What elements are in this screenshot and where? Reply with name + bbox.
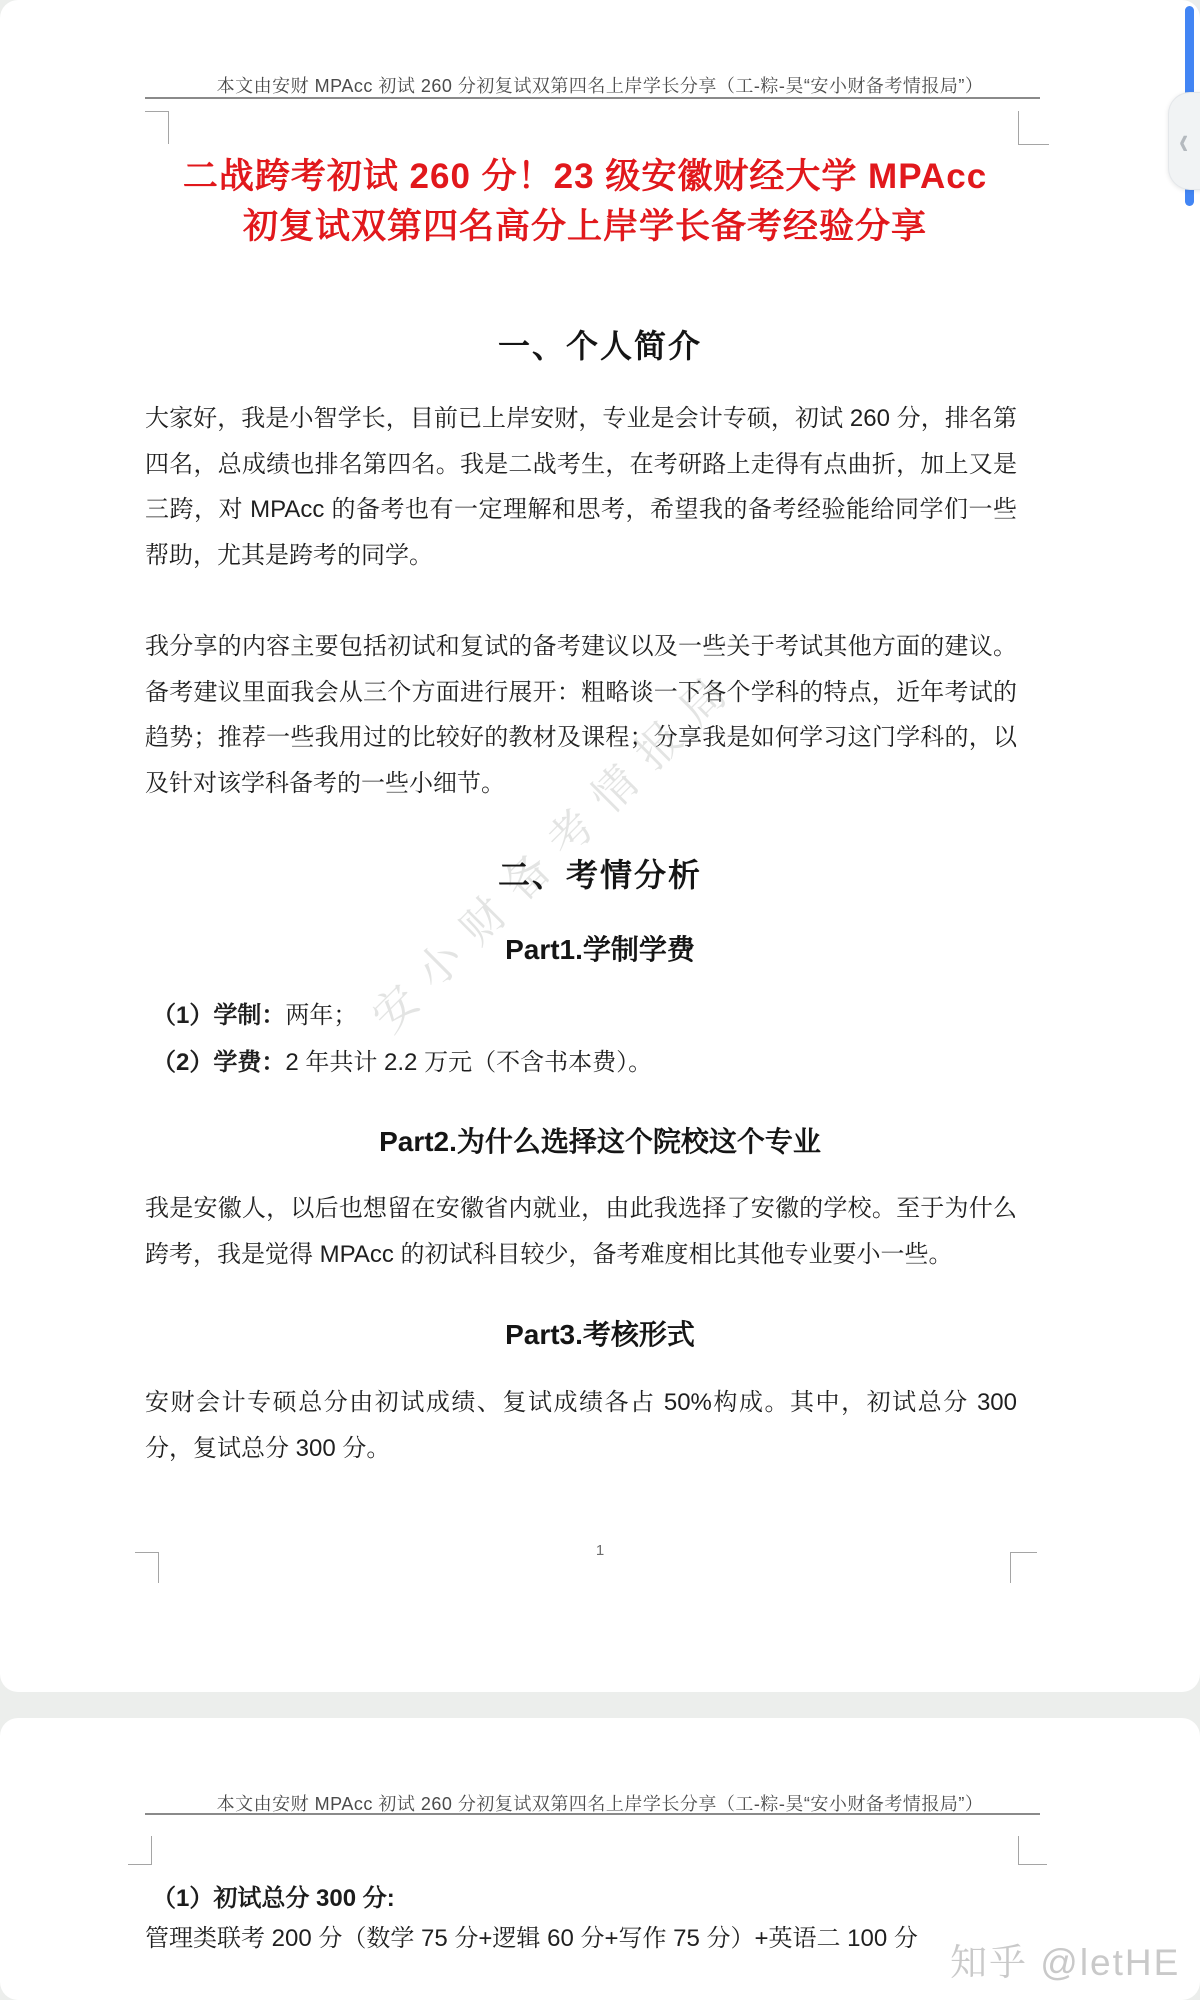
paragraph-intro: 大家好，我是小智学长，目前已上岸安财，专业是会计专硕，初试 260 分，排名第四… — [145, 396, 1017, 578]
page-header-note: 本文由安财 MPAcc 初试 260 分初复试双第四名上岸学长分享（工-粽-昊“… — [0, 72, 1200, 98]
margin-mark-top-right — [1018, 111, 1049, 145]
chevron-left-icon: ‹ — [1179, 121, 1188, 160]
document-title-line2: 初复试双第四名高分上岸学长备考经验分享 — [100, 202, 1070, 252]
margin-mark-top-left — [128, 1836, 152, 1865]
part2-heading: Part2.为什么选择这个院校这个专业 — [0, 1120, 1200, 1160]
part3-heading: Part3.考核形式 — [0, 1313, 1200, 1353]
list-item-text: 两年； — [285, 1002, 357, 1029]
list-item: （2）学费：2 年共计 2.2 万元（不含书本费）。 — [152, 1039, 1022, 1086]
initial-exam-breakdown: 管理类联考 200 分（数学 75 分+逻辑 60 分+写作 75 分）+英语二… — [145, 1916, 1045, 1961]
zhihu-author-watermark: 知乎 @letHE — [950, 1932, 1180, 1986]
list-item-label: （1）学制： — [152, 1002, 285, 1029]
document-title: 二战跨考初试 260 分！23 级安徽财经大学 MPAcc 初复试双第四名高分上… — [100, 152, 1070, 252]
header-divider — [145, 97, 1040, 99]
list-item-text: 2 年共计 2.2 万元（不含书本费）。 — [285, 1049, 652, 1076]
document-title-line1: 二战跨考初试 260 分！23 级安徽财经大学 MPAcc — [100, 152, 1070, 202]
initial-exam-total-heading: （1）初试总分 300 分: — [152, 1878, 395, 1913]
paragraph-why-school: 我是安徽人，以后也想留在安徽省内就业，由此我选择了安徽的学校。至于为什么跨考，我… — [145, 1186, 1017, 1277]
margin-mark-bottom-left — [135, 1552, 159, 1583]
part1-heading: Part1.学制学费 — [0, 928, 1200, 968]
section-heading-profile: 一、个人简介 — [0, 321, 1200, 367]
collapse-side-tab[interactable]: ‹ — [1168, 92, 1200, 190]
margin-mark-bottom-right — [1010, 1552, 1037, 1583]
header-divider — [145, 1813, 1040, 1815]
section-heading-exam-analysis: 二、考情分析 — [0, 850, 1200, 896]
document-page-1: 本文由安财 MPAcc 初试 260 分初复试双第四名上岸学长分享（工-粽-昊“… — [0, 0, 1200, 1692]
margin-mark-top-right — [1018, 1836, 1047, 1865]
margin-mark-top-left — [145, 111, 169, 144]
document-viewer: 本文由安财 MPAcc 初试 260 分初复试双第四名上岸学长分享（工-粽-昊“… — [0, 0, 1200, 2000]
list-item: （1）学制：两年； — [152, 992, 1022, 1039]
tuition-list: （1）学制：两年； （2）学费：2 年共计 2.2 万元（不含书本费）。 — [152, 992, 1022, 1086]
paragraph-assessment: 安财会计专硕总分由初试成绩、复试成绩各占 50%构成。其中，初试总分 300 分… — [145, 1380, 1017, 1471]
list-item-label: （2）学费： — [152, 1049, 285, 1076]
